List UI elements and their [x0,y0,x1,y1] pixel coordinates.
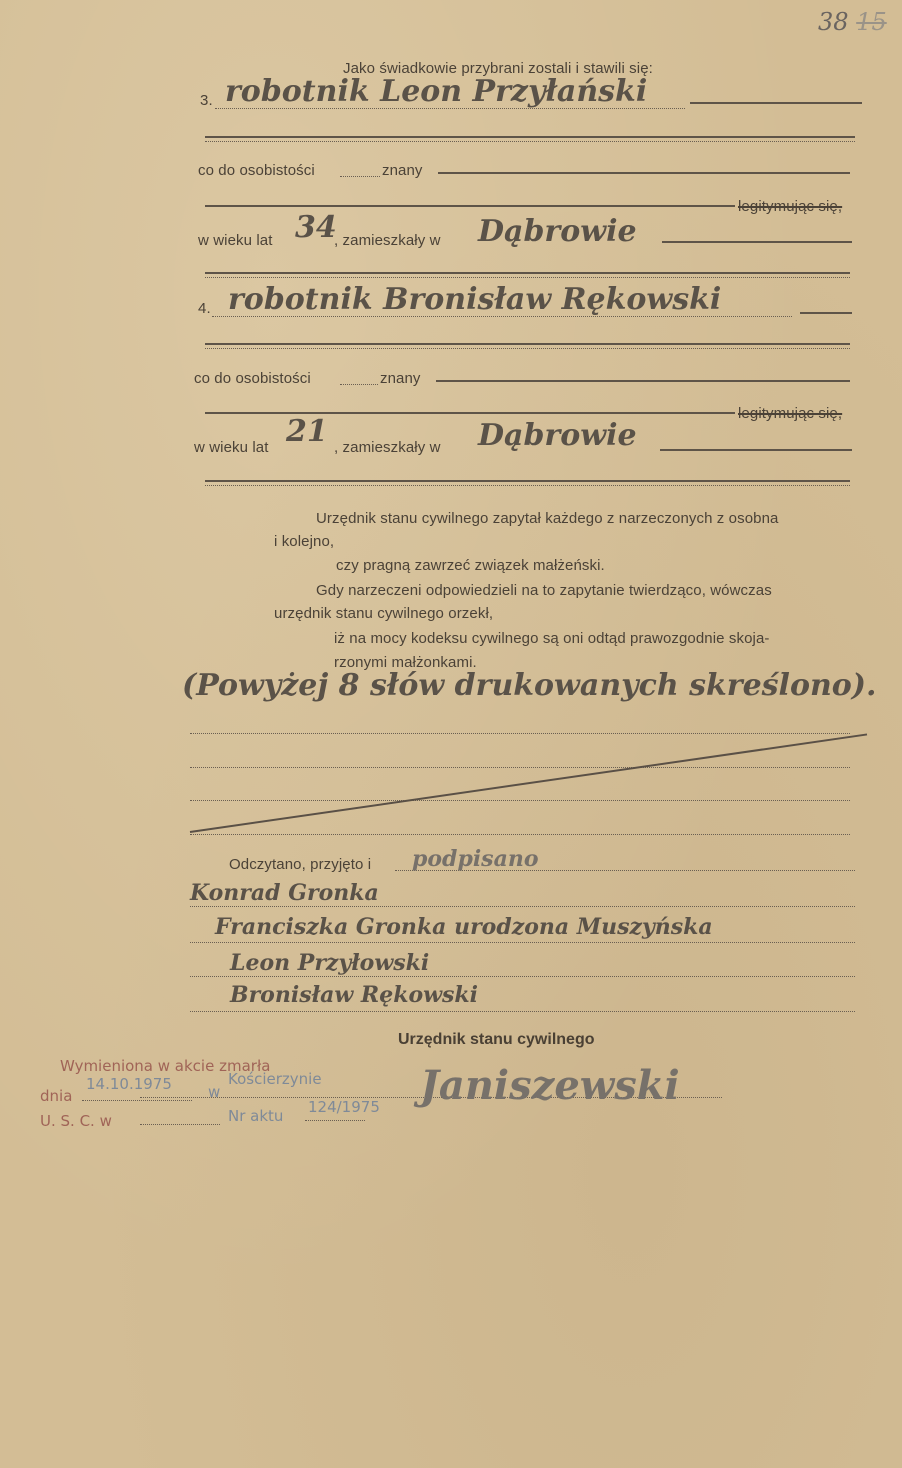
ceremony-line-1: Urzędnik stanu cywilnego zapytał każdego… [316,510,779,527]
dotted-line [190,906,855,907]
document-page: 38 15 Jako świadkowie przybrani zostali … [0,0,902,1468]
fill-line [205,272,850,274]
signature-4: Bronisław Rękowski [230,982,478,1008]
annotation-handwritten: (Powyżej 8 słów drukowanych skreślono). [182,668,876,703]
stamp-act-label: Nr aktu [228,1107,283,1125]
page-number: 38 15 [818,8,887,36]
witness-4-residence: Dąbrowie [478,418,637,453]
witness-3-name: robotnik Leon Przyłański [225,74,647,109]
fill-line [800,312,852,314]
dotted-line [205,348,850,349]
signature-3: Leon Przyłowski [230,950,429,976]
witness-3-age-label: w wieku lat [198,232,272,249]
witness-3-number: 3. [200,92,213,109]
stamp-place-value: Kościerzynie [228,1070,322,1088]
dotted-line [205,277,850,278]
stamp-date-value: 14.10.1975 [86,1075,172,1093]
witness-3-legitimizing-label: legitymując się, [738,198,842,215]
fill-line [436,380,850,382]
stamp-act-value: 124/1975 [308,1098,380,1116]
witness-3-identity-label: co do osobistości [198,162,315,179]
ceremony-line-5: urzędnik stanu cywilnego orzekł, [274,605,493,622]
read-label: Odczytano, przyjęto i [229,856,371,873]
dotted-line [305,1120,365,1121]
dotted-line [340,176,380,177]
ceremony-line-4: Gdy narzeczeni odpowiedzieli na to zapyt… [316,582,772,599]
fill-line [205,205,735,207]
witness-3-age: 34 [295,210,337,245]
dotted-line [190,1011,855,1012]
dotted-line [190,942,855,943]
dotted-line [190,733,850,734]
signature-1: Konrad Gronka [190,880,379,906]
dotted-line [140,1124,220,1125]
witness-4-age: 21 [286,414,328,449]
dotted-line [82,1100,192,1101]
ceremony-line-3: czy pragną zawrzeć związek małżeński. [336,557,605,574]
stamp-place-label: w [208,1083,220,1101]
witness-4-residence-label: , zamieszkały w [334,439,441,456]
dotted-line [190,767,850,768]
dotted-line [205,485,850,486]
witness-4-identity-label: co do osobistości [194,370,311,387]
dotted-line [205,141,855,142]
cancellation-diagonal-line [190,733,867,833]
witness-4-identity-value: znany [380,370,421,387]
witness-4-name: robotnik Bronisław Rękowski [228,282,721,317]
stamp-date-label: dnia [40,1087,72,1105]
dotted-line [340,384,378,385]
fill-line [205,343,850,345]
dotted-line [190,976,855,977]
read-value: podpisano [412,846,539,872]
dotted-line [190,800,850,801]
ceremony-line-2: i kolejno, [274,533,334,550]
official-label: Urzędnik stanu cywilnego [398,1031,594,1049]
witness-3-residence-label: , zamieszkały w [334,232,441,249]
fill-line [438,172,850,174]
witness-4-legitimizing-label: legitymując się, [738,405,842,422]
page-number-struck: 15 [856,8,887,36]
page-number-current: 38 [818,8,849,36]
witness-4-number: 4. [198,300,211,317]
stamp-usc-label: U. S. C. w [40,1112,112,1130]
witness-4-age-label: w wieku lat [194,439,268,456]
fill-line [205,412,735,414]
fill-line [205,136,855,138]
dotted-line [190,834,850,835]
witness-3-identity-value: znany [382,162,423,179]
witness-3-residence: Dąbrowie [478,214,637,249]
signature-2: Franciszka Gronka urodzona Muszyńska [215,914,713,940]
fill-line [662,241,852,243]
fill-line [205,480,850,482]
fill-line [690,102,862,104]
fill-line [660,449,852,451]
ceremony-line-6: iż na mocy kodeksu cywilnego są oni odtą… [334,630,770,647]
official-signature: Janiszewski [420,1062,680,1109]
